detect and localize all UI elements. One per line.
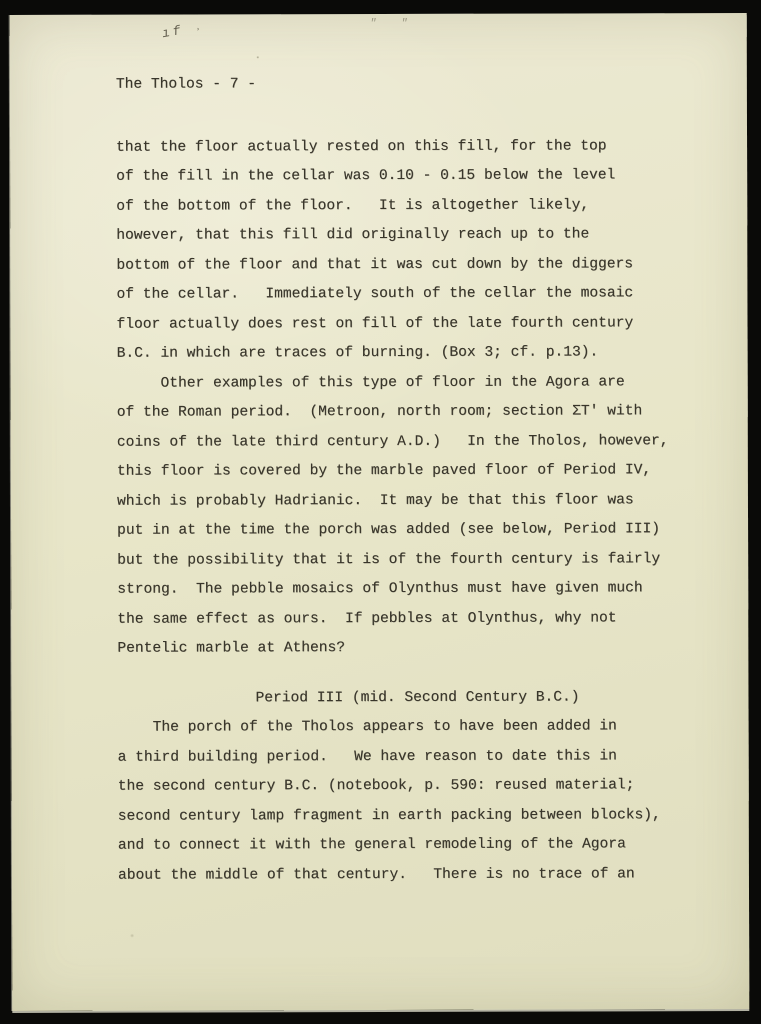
text-line: of the cellar. Immediately south of the … <box>116 279 731 310</box>
pencil-mark: ıf ˒ <box>161 19 206 41</box>
text-line: floor actually does rest on fill of the … <box>116 309 731 340</box>
text-line: bottom of the floor and that it was cut … <box>116 250 731 281</box>
text-line: the same effect as ours. If pebbles at O… <box>117 604 732 635</box>
text-line: which is probably Hadrianic. It may be t… <box>117 486 732 517</box>
page-header: The Tholos - 7 - <box>116 69 731 100</box>
paragraph-3: The porch of the Tholos appears to have … <box>118 712 733 891</box>
text-line: however, that this fill did originally r… <box>116 220 731 251</box>
text-line: second century lamp fragment in earth pa… <box>118 801 733 832</box>
text-line: of the bottom of the floor. It is altoge… <box>116 191 731 222</box>
text-line: this floor is covered by the marble pave… <box>117 456 732 487</box>
text-line: that the floor actually rested on this f… <box>116 132 731 163</box>
text-line: but the possibility that it is of the fo… <box>117 545 732 576</box>
section-heading: Period III (mid. Second Century B.C.) <box>255 683 732 714</box>
paragraph-1: that the floor actually rested on this f… <box>116 132 732 370</box>
text-line: put in at the time the porch was added (… <box>117 515 732 546</box>
typewritten-content: The Tholos - 7 - that the floor actually… <box>116 69 733 891</box>
paper-sheet: ıf ˒ " " The Tholos - 7 - that the floor… <box>10 13 750 1011</box>
text-line: Other examples of this type of floor in … <box>117 368 732 399</box>
text-line: and to connect it with the general remod… <box>118 830 733 861</box>
text-line: The porch of the Tholos appears to have … <box>118 712 733 743</box>
text-line: of the fill in the cellar was 0.10 - 0.1… <box>116 161 731 192</box>
text-line: about the middle of that century. There … <box>118 860 733 891</box>
paragraph-2: Other examples of this type of floor in … <box>117 368 733 665</box>
text-line: a third building period. We have reason … <box>118 742 733 773</box>
text-line: the second century B.C. (notebook, p. 59… <box>118 771 733 802</box>
text-line: strong. The pebble mosaics of Olynthus m… <box>117 574 732 605</box>
stray-quote-marks: " " <box>370 18 417 30</box>
text-line: Pentelic marble at Athens? <box>117 633 732 664</box>
text-line: coins of the late third century A.D.) In… <box>117 427 732 458</box>
text-line: of the Roman period. (Metroon, north roo… <box>117 397 732 428</box>
text-line: B.C. in which are traces of burning. (Bo… <box>117 338 732 369</box>
